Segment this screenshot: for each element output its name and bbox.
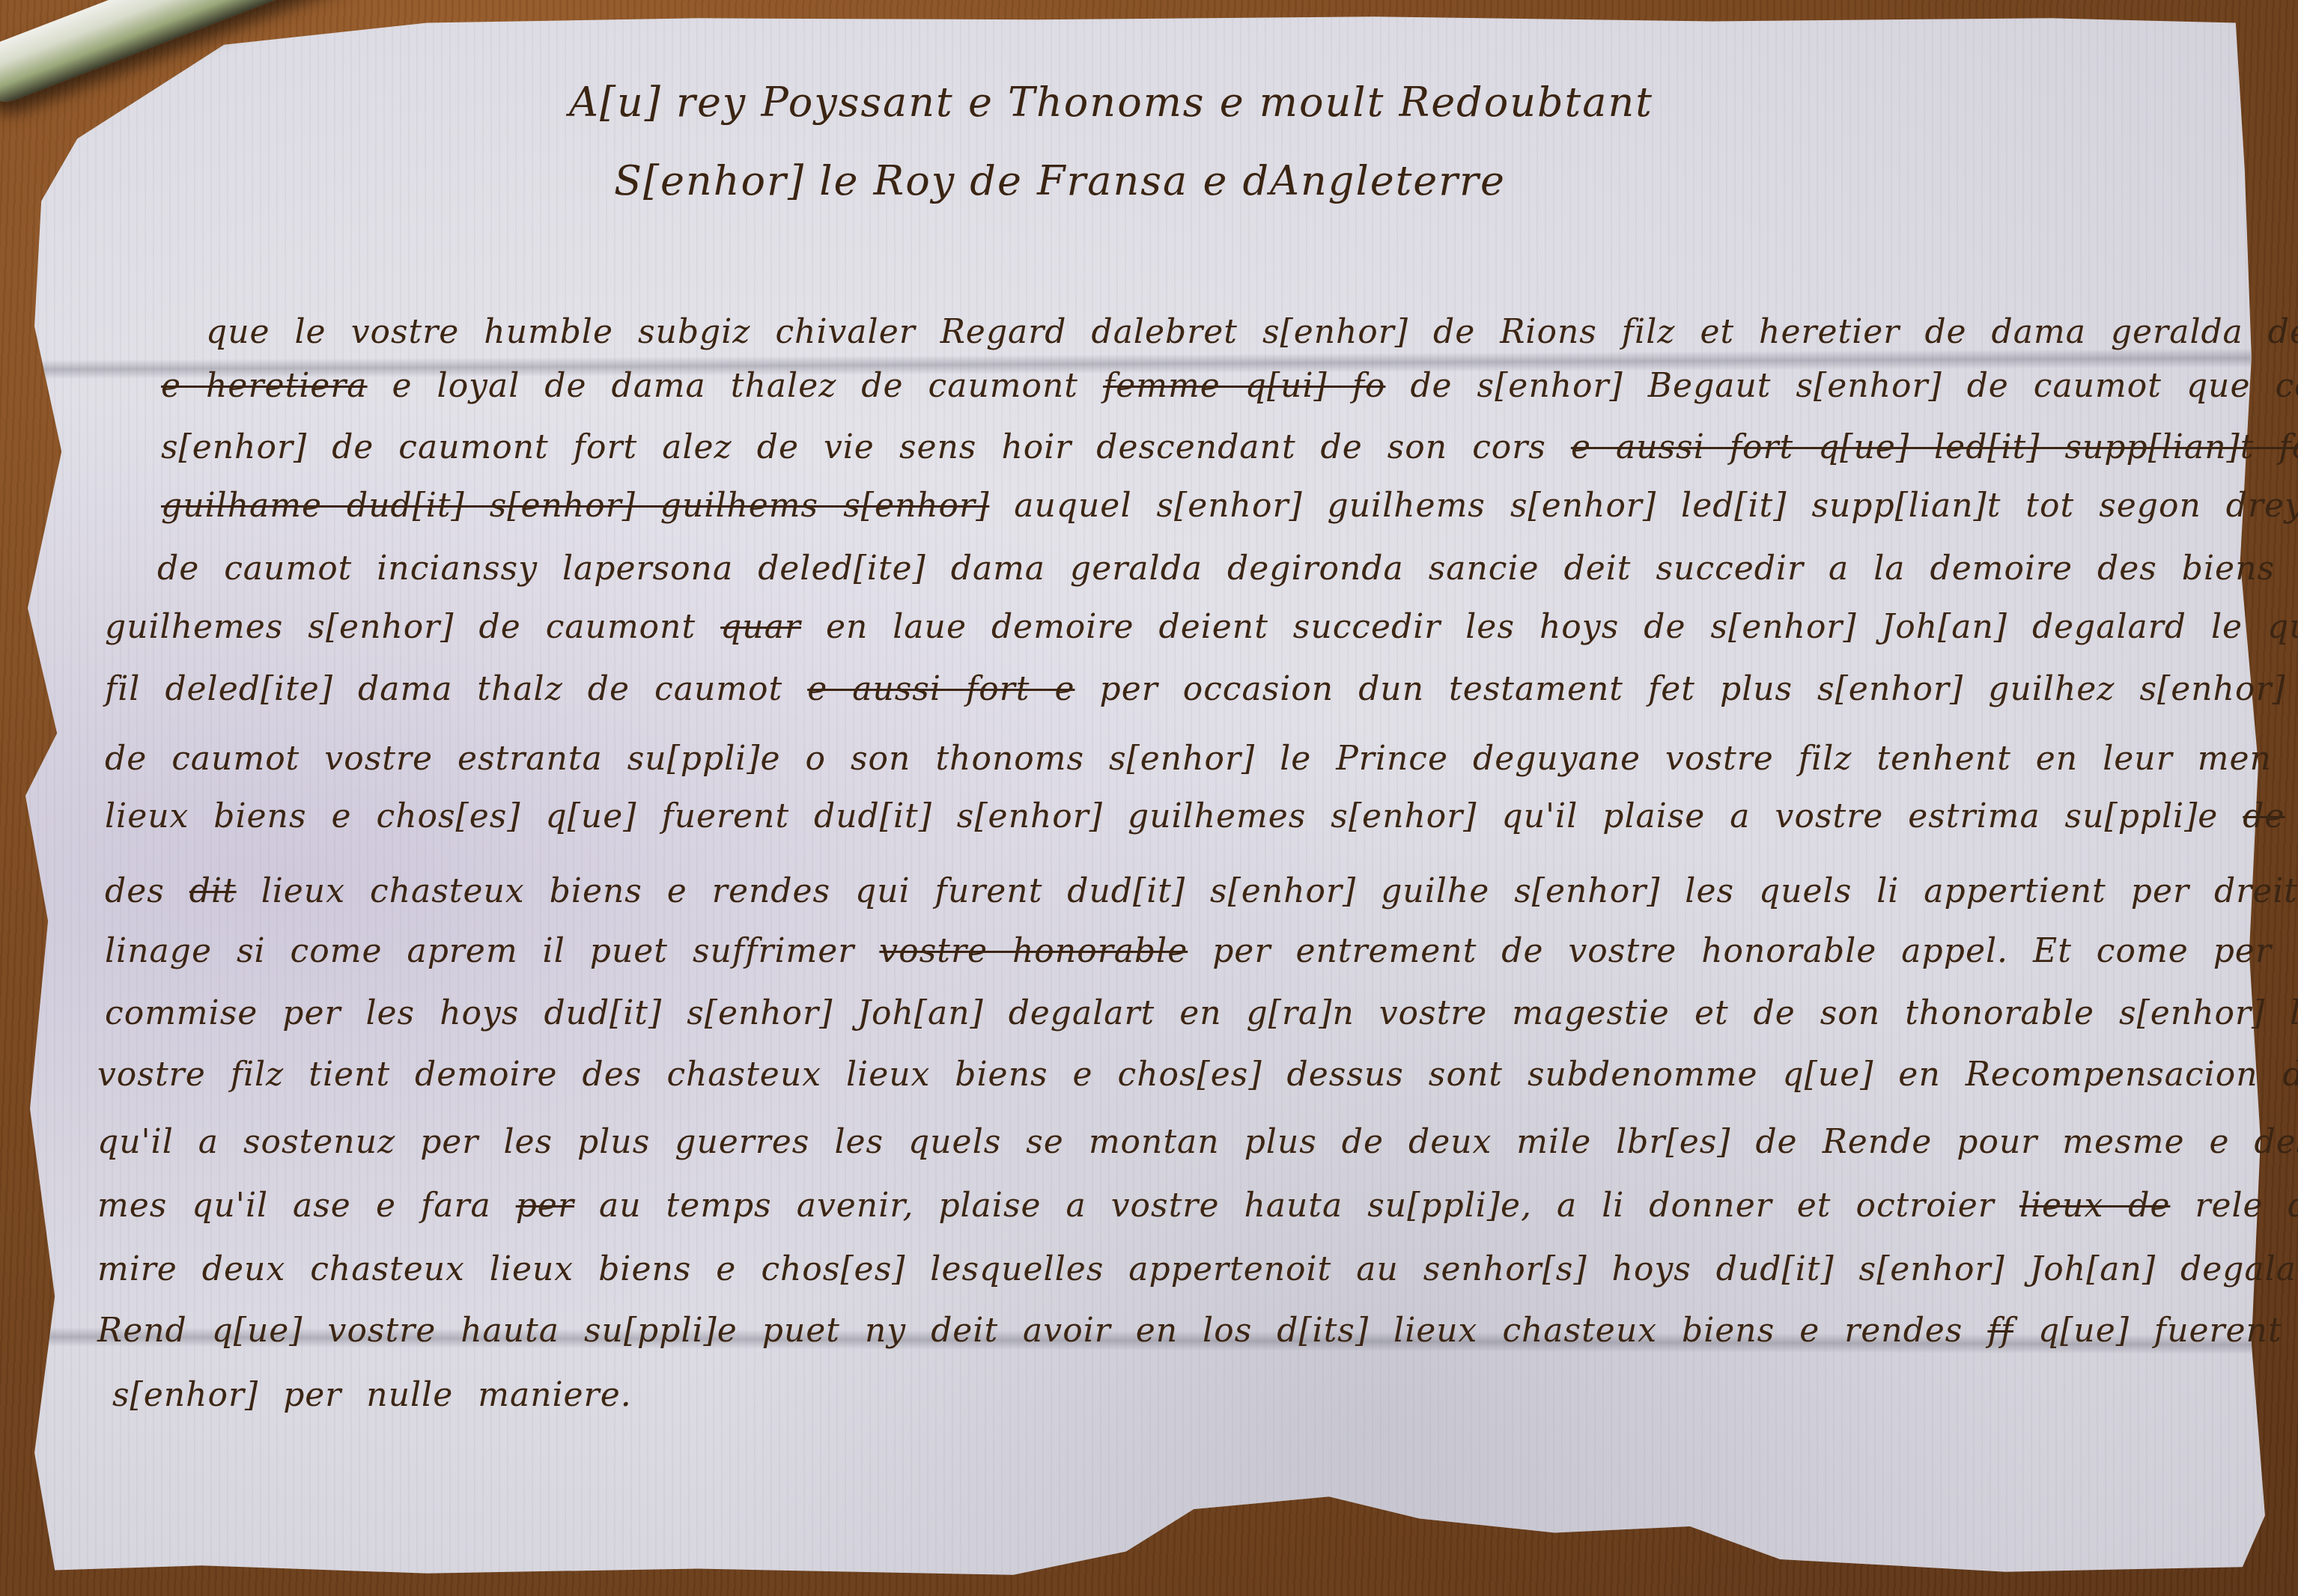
line-text: per entrement de vostre honorable appel.… [1188, 932, 2298, 970]
struck-text: lieux de [2019, 1187, 2171, 1225]
line-text: q[ue] fuerent dud[it] s[enhor] guilhez [2013, 1312, 2298, 1350]
struck-text: quar [720, 608, 801, 646]
struck-text: e aussi fort q[ue] led[it] supp[lian]t f… [1571, 428, 2298, 466]
manuscript-line: des dit lieux chasteux biens e rendes qu… [105, 872, 2298, 910]
manuscript-line: mire deux chasteux lieux biens e chos[es… [97, 1250, 2298, 1288]
line-text: linage si come aprem il puet suffrimer [105, 932, 879, 970]
line-text: Rendre e restaurir lademoire [2285, 797, 2298, 835]
manuscript-line: linage si come aprem il puet suffrimer v… [105, 932, 2298, 970]
line-text: auquel s[enhor] guilhems s[enhor] led[it… [989, 487, 2298, 525]
line-text: au temps avenir, plaise a vostre hauta s… [574, 1187, 2019, 1225]
manuscript-line: vostre filz tient demoire des chasteux l… [97, 1056, 2298, 1094]
struck-text: de [2243, 797, 2285, 835]
line-text: guilhemes s[enhor] de caumont [105, 608, 720, 646]
line-text: e loyal de dama thalez de caumont [368, 367, 1103, 405]
struck-text: ff [1987, 1312, 2013, 1350]
line-text: Rend q[ue] vostre hauta su[ppli]e puet n… [97, 1312, 1987, 1350]
line-text: de s[enhor] Begaut s[enhor] de caumot qu… [1385, 367, 2298, 405]
struck-text: femme q[ui] fo [1103, 367, 1385, 405]
line-text: per occasion dun testament fet plus s[en… [1074, 670, 2298, 708]
line-text: vostre filz tient demoire des chasteux l… [97, 1056, 2298, 1094]
manuscript-line: Rend q[ue] vostre hauta su[ppli]e puet n… [97, 1312, 2298, 1350]
manuscript-text: A[u] rey Poyssant e Thonoms e moult Redo… [0, 0, 2298, 1596]
struck-text: per [516, 1187, 574, 1225]
line-text: que le vostre humble subgiz chivaler Reg… [206, 313, 2298, 351]
manuscript-line: s[enhor] per nulle maniere. [112, 1376, 632, 1414]
line-text: rele de [2170, 1187, 2298, 1225]
line-text: s[enhor] per nulle maniere. [112, 1376, 632, 1414]
struck-text: e heretiera [161, 367, 368, 405]
manuscript-line: mes qu'il ase e fara per au temps avenir… [97, 1187, 2298, 1225]
manuscript-line: que le vostre humble subgiz chivaler Reg… [206, 313, 2298, 351]
manuscript-line: commise per les hoys dud[it] s[enhor] Jo… [105, 994, 2298, 1032]
line-text: des [105, 872, 189, 910]
manuscript-line: lieux biens e chos[es] q[ue] fuerent dud… [105, 797, 2298, 835]
line-text: qu'il a sostenuz per les plus guerres le… [97, 1123, 2298, 1161]
line-text: de caumot vostre estranta su[ppli]e o so… [105, 740, 2298, 778]
manuscript-line: e heretiera e loyal de dama thalez de ca… [161, 367, 2298, 405]
line-text: mes qu'il ase e fara [97, 1187, 516, 1225]
line-text: s[enhor] de caumont fort alez de vie sen… [161, 428, 1571, 466]
manuscript-line: guilhame dud[it] s[enhor] guilhems s[enh… [161, 487, 2298, 525]
line-text: en laue demoire deient succedir les hoys… [801, 608, 2298, 646]
struck-text: dit [189, 872, 237, 910]
struck-text: vostre honorable [879, 932, 1188, 970]
line-text: lieux biens e chos[es] q[ue] fuerent dud… [105, 797, 2243, 835]
line-text: mire deux chasteux lieux biens e chos[es… [97, 1250, 2298, 1288]
manuscript-line: s[enhor] de caumont fort alez de vie sen… [161, 428, 2298, 466]
heading-line-1: A[u] rey Poyssant e Thonoms e moult Redo… [569, 79, 1430, 126]
line-text: lieux chasteux biens e rendes qui furent… [237, 872, 2298, 910]
line-text: fil deled[ite] dama thalz de caumot [105, 670, 807, 708]
line-text: de caumot incianssy lapersona deled[ite]… [157, 549, 2298, 588]
line-text: commise per les hoys dud[it] s[enhor] Jo… [105, 994, 2298, 1032]
heading-line-2: S[enhor] le Roy de Fransa e dAngleterre [614, 157, 1475, 204]
manuscript-line: fil deled[ite] dama thalz de caumot e au… [105, 670, 2298, 708]
manuscript-line: de caumot incianssy lapersona deled[ite]… [157, 549, 2298, 588]
manuscript-line: qu'il a sostenuz per les plus guerres le… [97, 1123, 2298, 1161]
struck-text: guilhame dud[it] s[enhor] guilhems s[enh… [161, 487, 989, 525]
manuscript-line: de caumot vostre estranta su[ppli]e o so… [105, 740, 2298, 778]
manuscript-line: guilhemes s[enhor] de caumont quar en la… [105, 608, 2298, 646]
struck-text: e aussi fort e [807, 670, 1074, 708]
